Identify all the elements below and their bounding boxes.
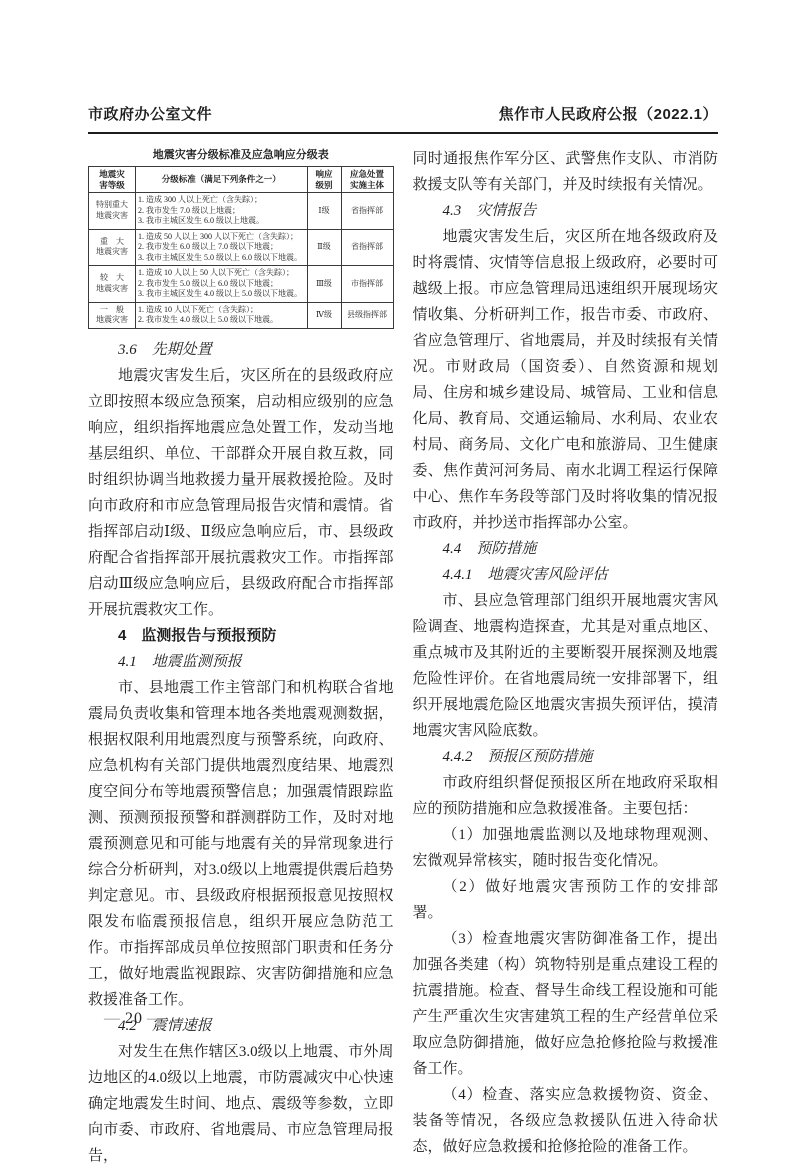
- table-title: 地震灾害分级标准及应急响应分级表: [88, 148, 394, 163]
- table-row: 较 大 地震灾害 1. 造成 10 人以上 50 人以下死亡（含失踪）； 2. …: [89, 266, 394, 303]
- paragraph-4-4-1: 市、县应急管理部门组织开展地震灾害风险调查、地震构造探查，尤其是对重点地区、重点…: [413, 588, 719, 744]
- section-heading-4-4: 4.4 预防措施: [413, 536, 719, 562]
- earthquake-grading-table: 地震灾 害等级 分级标准（满足下列条件之一） 响应 级别 应急处置 实施主体: [88, 166, 394, 329]
- page-number-value: 20: [121, 1010, 147, 1027]
- paragraph-4-2: 对发生在焦作辖区3.0级以上地震、市外周边地区的4.0级以上地震，市防震减灾中心…: [88, 1039, 394, 1169]
- page-number-dash-right: —: [147, 1010, 164, 1027]
- paragraph-3-6: 地震灾害发生后，灾区所在的县级政府应立即按照本级应急预案，启动相应级别的应急响应…: [88, 363, 394, 623]
- cell-implementer: 省指挥部: [341, 193, 393, 230]
- column-right: 同时通报焦作军分区、武警焦作支队、市消防救援支队等有关部门，并及时续报有关情况。…: [413, 146, 719, 1169]
- list-item-4: （4）检查、落实应急救援物资、资金、装备等情况，各级应急救援队伍进入待命状态，做…: [413, 1082, 719, 1160]
- page-number: —20—: [104, 1010, 164, 1028]
- list-item-3: （3）检查地震灾害防御准备工作，提出加强各类建（构）筑物特别是重点建设工程的抗震…: [413, 926, 719, 1082]
- cell-implementer: 省指挥部: [341, 229, 393, 266]
- section-heading-4-4-1: 4.4.1 地震灾害风险评估: [413, 562, 719, 588]
- cell-implementer: 市指挥部: [341, 266, 393, 303]
- cell-response: Ⅳ级: [307, 302, 341, 328]
- cell-criteria: 1. 造成 300 人以上死亡（含失踪）； 2. 我市发生 7.0 级以上地震；…: [136, 193, 308, 230]
- cell-response: Ⅲ级: [307, 266, 341, 303]
- paragraph-4-1: 市、县地震工作主管部门和机构联合省地震局负责收集和管理本地各类地震观测数据，根据…: [88, 675, 394, 1013]
- cell-response: Ⅰ级: [307, 193, 341, 230]
- table-header-row: 地震灾 害等级 分级标准（满足下列条件之一） 响应 级别 应急处置 实施主体: [89, 167, 394, 193]
- two-column-body: 地震灾害分级标准及应急响应分级表 地震灾 害等级 分级标准（满足下列条件之一） …: [88, 146, 718, 1169]
- col-header-response: 响应 级别: [307, 167, 341, 193]
- section-heading-3-6: 3.6 先期处置: [88, 337, 394, 363]
- cell-level: 重 大 地震灾害: [89, 229, 136, 266]
- col-header-criteria: 分级标准（满足下列条件之一）: [136, 167, 308, 193]
- list-item-2: （2）做好地震灾害预防工作的安排部署。: [413, 874, 719, 926]
- section-heading-4-1: 4.1 地震监测预报: [88, 649, 394, 675]
- cell-criteria: 1. 造成 10 人以下死亡（含失踪）； 2. 我市发生 4.0 级以上 5.0…: [136, 302, 308, 328]
- section-heading-4-3: 4.3 灾情报告: [413, 198, 719, 224]
- col-header-level: 地震灾 害等级: [89, 167, 136, 193]
- section-heading-4-4-2: 4.4.2 预报区预防措施: [413, 744, 719, 770]
- page-number-dash-left: —: [104, 1010, 121, 1027]
- gazette-page: 市政府办公室文件 焦作市人民政府公报（2022.1） 地震灾害分级标准及应急响应…: [0, 0, 793, 1122]
- col-header-implementer: 应急处置 实施主体: [341, 167, 393, 193]
- cell-level: 较 大 地震灾害: [89, 266, 136, 303]
- table-row: 一 般 地震灾害 1. 造成 10 人以下死亡（含失踪）； 2. 我市发生 4.…: [89, 302, 394, 328]
- paragraph-4-3: 地震灾害发生后，灾区所在地各级政府及时将震情、灾情等信息报上级政府，必要时可越级…: [413, 224, 719, 536]
- cell-criteria: 1. 造成 50 人以上 300 人以下死亡（含失踪）； 2. 我市发生 6.0…: [136, 229, 308, 266]
- paragraph-4-4-2-intro: 市政府组织督促预报区所在地政府采取相应的预防措施和应急救援准备。主要包括：: [413, 770, 719, 822]
- table-row: 特别重大 地震灾害 1. 造成 300 人以上死亡（含失踪）； 2. 我市发生 …: [89, 193, 394, 230]
- list-item-1: （1）加强地震监测以及地球物理观测、宏微观异常核实，随时报告变化情况。: [413, 822, 719, 874]
- cell-level: 特别重大 地震灾害: [89, 193, 136, 230]
- page-header: 市政府办公室文件 焦作市人民政府公报（2022.1）: [88, 103, 718, 134]
- header-right-title: 焦作市人民政府公报（2022.1）: [499, 103, 718, 124]
- table-row: 重 大 地震灾害 1. 造成 50 人以上 300 人以下死亡（含失踪）； 2.…: [89, 229, 394, 266]
- cell-criteria: 1. 造成 10 人以上 50 人以下死亡（含失踪）； 2. 我市发生 5.0 …: [136, 266, 308, 303]
- section-heading-4: 4 监测报告与预报预防: [88, 623, 394, 649]
- paragraph-continuation: 同时通报焦作军分区、武警焦作支队、市消防救援支队等有关部门，并及时续报有关情况。: [413, 146, 719, 198]
- header-left-title: 市政府办公室文件: [88, 103, 212, 124]
- cell-response: Ⅱ级: [307, 229, 341, 266]
- cell-implementer: 县级指挥部: [341, 302, 393, 328]
- cell-level: 一 般 地震灾害: [89, 302, 136, 328]
